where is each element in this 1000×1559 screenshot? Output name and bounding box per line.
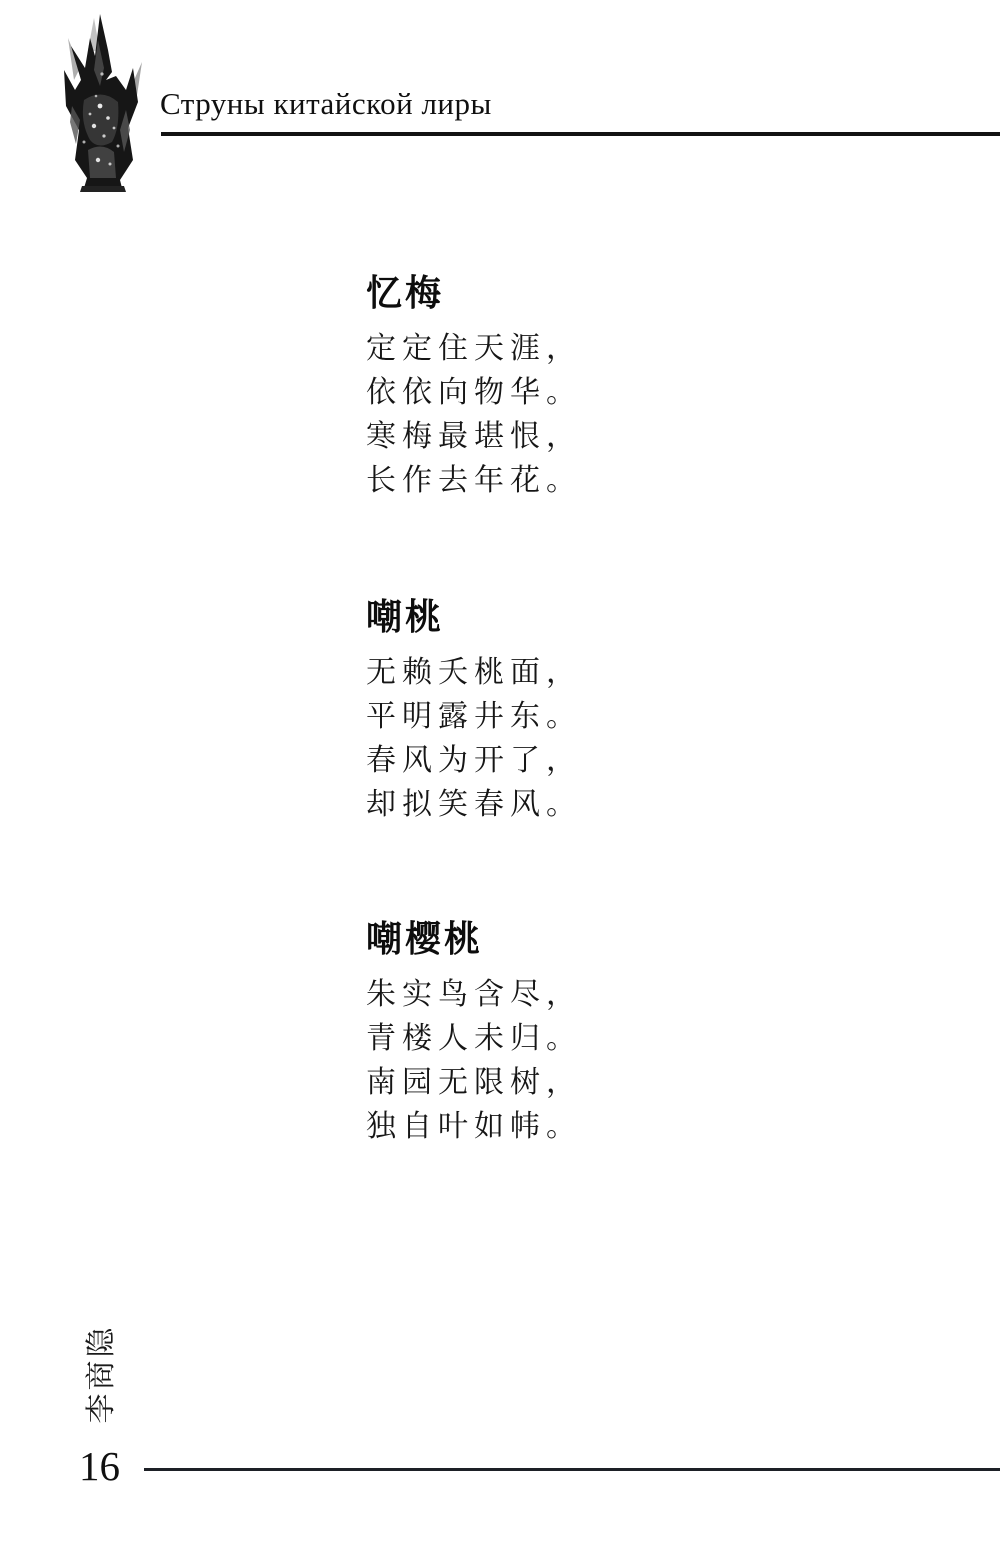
poem-line: 青楼人未归。 [366,1017,786,1061]
statuette-illustration [54,10,148,198]
book-page: Струны китайской лиры 忆梅 定定住天涯， 依依向物华。 寒… [0,0,1000,1559]
poem-line: 长作去年花。 [366,459,786,503]
poem-line: 寒梅最堪恨， [366,415,786,459]
poem-line: 定定住天涯， [366,327,786,371]
poem-line: 独自叶如帏。 [366,1105,786,1149]
author-name-vertical: 李商隐 [76,1325,120,1424]
poem-chaoyingtao: 嘲樱桃 朱实鸟含尽， 青楼人未归。 南园无限树， 独自叶如帏。 [366,918,786,1149]
poem-title: 忆梅 [366,272,786,314]
page-number: 16 [79,1444,120,1488]
poem-line: 平明露井东。 [366,695,786,739]
poem-chaotao: 嘲桃 无赖夭桃面， 平明露井东。 春风为开了， 却拟笑春风。 [366,596,786,827]
poem-line: 春风为开了， [366,739,786,783]
running-header-title: Струны китайской лиры [160,86,492,122]
poem-line: 朱实鸟含尽， [366,973,786,1017]
poem-title: 嘲桃 [366,596,786,638]
poem-line: 却拟笑春风。 [366,783,786,827]
poem-yimei: 忆梅 定定住天涯， 依依向物华。 寒梅最堪恨， 长作去年花。 [366,272,786,503]
header-rule [161,132,1000,136]
statuette-icon [54,10,148,198]
poem-title: 嘲樱桃 [366,918,786,960]
poem-line: 无赖夭桃面， [366,651,786,695]
poem-line: 南园无限树， [366,1061,786,1105]
poem-line: 依依向物华。 [366,371,786,415]
footer-rule [144,1468,1000,1471]
